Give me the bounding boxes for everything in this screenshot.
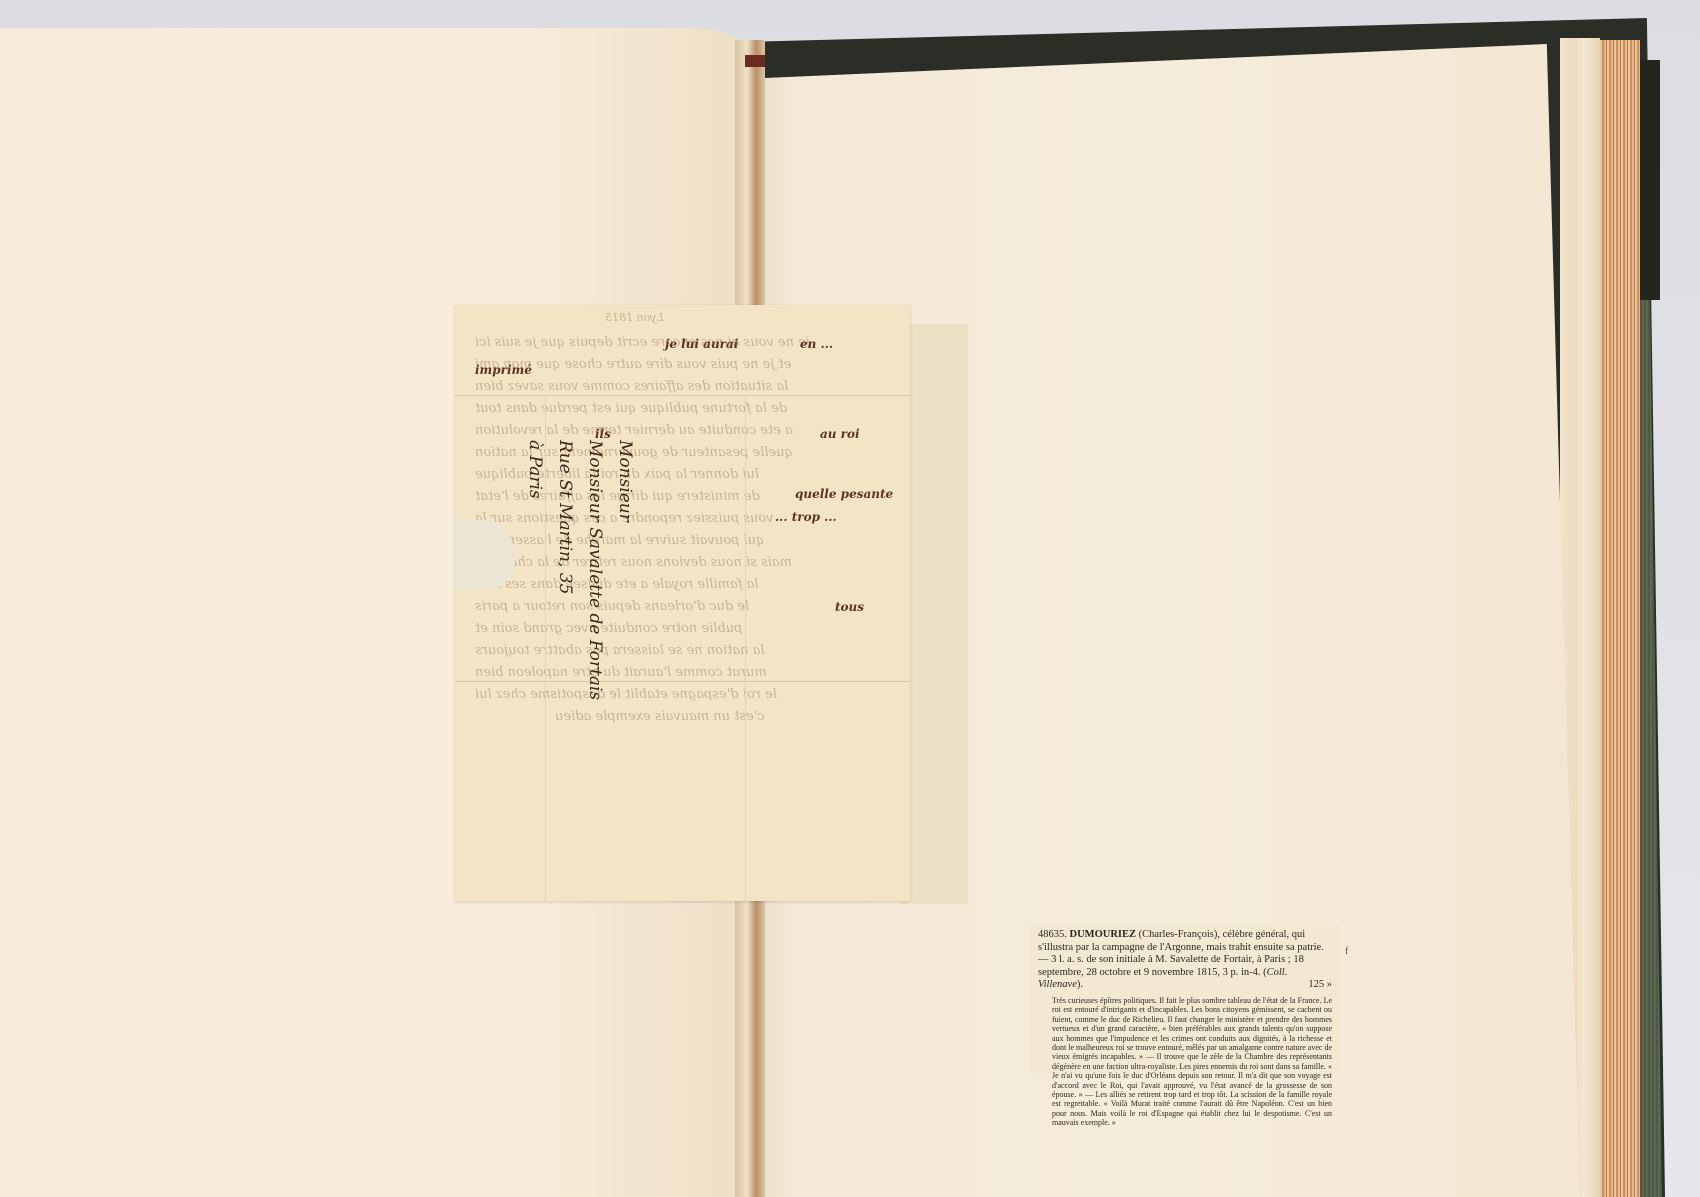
headband: [745, 55, 765, 67]
letter-fragment: en ...: [800, 337, 833, 351]
letter-top-note: Lyon 1815: [605, 311, 664, 324]
address-line: Monsieur Savalette de Fortais: [580, 440, 610, 700]
catalog-clipping: 48635. DUMOURIEZ (Charles-François), cél…: [1030, 925, 1340, 1073]
fold-line: [745, 395, 746, 901]
letter-fragment: ... trop ...: [775, 510, 837, 524]
letter-fragment: au roi: [820, 427, 860, 441]
clipping-heading: 48635. DUMOURIEZ (Charles-François), cél…: [1038, 929, 1332, 992]
letter-address: Monsieur Monsieur Savalette de Fortais R…: [520, 440, 640, 700]
bleed-line: c'est un mauvais exemple adieu: [555, 709, 765, 724]
letter-fragment: imprimé: [475, 363, 532, 377]
author-name: DUMOURIEZ: [1070, 929, 1137, 940]
address-line: à Paris: [520, 440, 550, 700]
bleed-line: de la fortune publique qui est perdue da…: [475, 401, 787, 416]
lot-price: 125 »: [1308, 979, 1332, 992]
clipping-body: Très curieuses épîtres politiques. Il fa…: [1038, 996, 1332, 1128]
letter-fragment: quelle pesante: [795, 487, 893, 501]
address-line: Monsieur: [610, 440, 640, 700]
bleed-line: je ne vous ai pas encore ecrit depuis qu…: [475, 335, 810, 350]
letter-fragment: je lui aurai: [665, 337, 738, 351]
bleed-line: la situation des affaires comme vous sav…: [475, 379, 788, 394]
mount-strip: [900, 324, 968, 904]
lot-number: 48635.: [1038, 929, 1067, 940]
letter-fragment: tous: [835, 600, 864, 614]
heading-end: ).: [1077, 979, 1083, 990]
page-fore-edge: [1595, 40, 1640, 1197]
margin-mark: f: [1345, 946, 1348, 957]
letter-fragment: ils: [595, 427, 611, 441]
address-line: Rue St Martin, 35: [550, 440, 580, 700]
fold-line: [455, 395, 910, 396]
